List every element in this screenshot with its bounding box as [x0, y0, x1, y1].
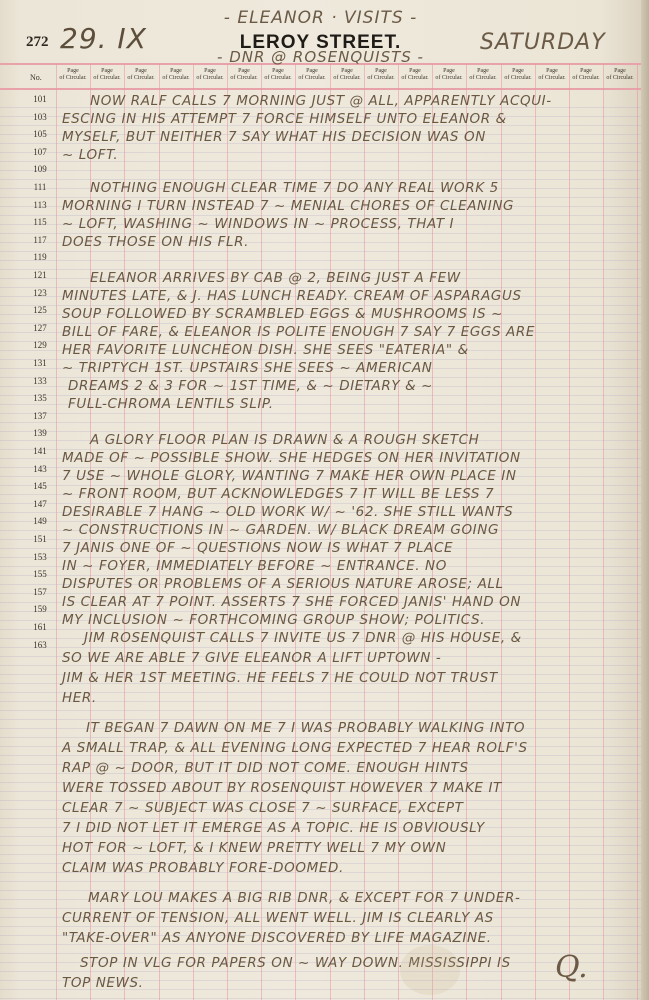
row-number: 115 [30, 217, 50, 227]
column-header-page-of-circular: Pageof Circular. [193, 68, 227, 88]
handwritten-line: DISPUTES OR PROBLEMS OF A SERIOUS NATURE… [62, 576, 504, 592]
row-number: 149 [30, 516, 50, 526]
row-number: 111 [30, 182, 50, 192]
column-header-page-of-circular: Pageof Circular. [535, 68, 569, 88]
handwritten-line: ~ CONSTRUCTIONS IN ~ GARDEN. W/ BLACK DR… [62, 522, 499, 538]
column-header-page-of-circular: Pageof Circular. [330, 68, 364, 88]
column-header-page-of-circular: Pageof Circular. [159, 68, 193, 88]
column-header-page-of-circular: Pageof Circular. [56, 68, 90, 88]
handwritten-line: MY INCLUSION ~ FORTHCOMING GROUP SHOW; P… [62, 612, 485, 628]
row-number: 133 [30, 376, 50, 386]
column-header-page-of-circular: Pageof Circular. [261, 68, 295, 88]
handwritten-line: IN ~ FOYER, IMMEDIATELY BEFORE ~ ENTRANC… [62, 558, 447, 574]
column-rule [535, 64, 536, 1000]
ledger-page: Pageof Circular.Pageof Circular.Pageof C… [0, 0, 641, 1000]
handwritten-line: CURRENT OF TENSION, ALL WENT WELL. JIM I… [62, 910, 494, 926]
handwritten-line: 7 USE ~ WHOLE GLORY, WANTING 7 MAKE HER … [62, 468, 517, 484]
handwritten-line: JIM & HER 1ST MEETING. HE FEELS 7 HE COU… [62, 670, 498, 686]
handwritten-line: SOUP FOLLOWED BY SCRAMBLED EGGS & MUSHRO… [62, 306, 503, 322]
header-rule-bottom [0, 88, 641, 90]
column-header-page-of-circular: Pageof Circular. [90, 68, 124, 88]
column-rule [569, 64, 570, 1000]
row-number: 125 [30, 305, 50, 315]
column-header-page-of-circular: Pageof Circular. [227, 68, 261, 88]
column-header-no: No. [30, 73, 42, 82]
row-number: 139 [30, 428, 50, 438]
handwritten-line: DOES THOSE ON HIS FLR. [62, 234, 249, 250]
handwritten-line: IS CLEAR AT 7 POINT. ASSERTS 7 SHE FORCE… [62, 594, 521, 610]
handwritten-line: ~ TRIPTYCH 1ST. UPSTAIRS SHE SEES ~ AMER… [62, 360, 433, 376]
signature: Q. [555, 950, 588, 985]
row-number: 151 [30, 534, 50, 544]
handwritten-line: HER FAVORITE LUNCHEON DISH. SHE SEES "EA… [62, 342, 469, 358]
paper-stain [400, 945, 460, 995]
row-number: 161 [30, 622, 50, 632]
row-number: 113 [30, 200, 50, 210]
handwritten-line: CLEAR 7 ~ SUBJECT WAS CLOSE 7 ~ SURFACE,… [62, 800, 464, 816]
row-number: 159 [30, 604, 50, 614]
handwritten-line: A GLORY FLOOR PLAN IS DRAWN & A ROUGH SK… [90, 432, 479, 448]
handwritten-line: MINUTES LATE, & J. HAS LUNCH READY. CREA… [62, 288, 522, 304]
row-number: 155 [30, 569, 50, 579]
column-header-page-of-circular: Pageof Circular. [295, 68, 329, 88]
row-number: 147 [30, 499, 50, 509]
row-number: 121 [30, 270, 50, 280]
handwritten-line: MADE OF ~ POSSIBLE SHOW. SHE HEDGES ON H… [62, 450, 521, 466]
handwritten-line: A SMALL TRAP, & ALL EVENING LONG EXPECTE… [62, 740, 528, 756]
handwritten-line: ~ FRONT ROOM, BUT ACKNOWLEDGES 7 IT WILL… [62, 486, 494, 502]
row-number: 123 [30, 288, 50, 298]
handwritten-line: ~ LOFT. [62, 147, 118, 163]
handwritten-line: NOTHING ENOUGH CLEAR TIME 7 DO ANY REAL … [90, 180, 499, 196]
handwritten-line: DREAMS 2 & 3 FOR ~ 1ST TIME, & ~ DIETARY… [68, 378, 433, 394]
row-number: 103 [30, 112, 50, 122]
row-number: 163 [30, 640, 50, 650]
column-rule [603, 64, 604, 1000]
row-number: 145 [30, 481, 50, 491]
handwritten-line: SO WE ARE ABLE 7 GIVE ELEANOR A LIFT UPT… [62, 650, 441, 666]
handwritten-line: ~ LOFT, WASHING ~ WINDOWS IN ~ PROCESS, … [62, 216, 454, 232]
handwritten-heading-above: - ELEANOR · VISITS - [0, 8, 641, 28]
row-number: 109 [30, 164, 50, 174]
column-rule [56, 64, 57, 1000]
row-number: 131 [30, 358, 50, 368]
handwritten-line: ELEANOR ARRIVES BY CAB @ 2, BEING JUST A… [90, 270, 461, 286]
row-number: 137 [30, 411, 50, 421]
row-number: 127 [30, 323, 50, 333]
row-number: 141 [30, 446, 50, 456]
handwritten-line: FULL-CHROMA LENTILS SLIP. [68, 396, 274, 412]
handwritten-line: IT BEGAN 7 DAWN ON ME 7 I WAS PROBABLY W… [86, 720, 525, 736]
column-header-page-of-circular: Pageof Circular. [569, 68, 603, 88]
column-rule [637, 64, 638, 1000]
row-number: 101 [30, 94, 50, 104]
page-edge [641, 0, 649, 1000]
handwritten-line: MARY LOU MAKES A BIG RIB DNR, & EXCEPT F… [88, 890, 520, 906]
column-header-page-of-circular: Pageof Circular. [364, 68, 398, 88]
handwritten-line: NOW RALF CALLS 7 MORNING JUST @ ALL, APP… [90, 93, 552, 109]
handwritten-line: HOT FOR ~ LOFT, & I KNEW PRETTY WELL 7 M… [62, 840, 446, 856]
row-number: 119 [30, 252, 50, 262]
handwritten-line: 7 JANIS ONE OF ~ QUESTIONS NOW IS WHAT 7… [62, 540, 453, 556]
row-number: 153 [30, 552, 50, 562]
handwritten-line: JIM ROSENQUIST CALLS 7 INVITE US 7 DNR @… [84, 630, 522, 646]
handwritten-line: WERE TOSSED ABOUT BY ROSENQUIST HOWEVER … [62, 780, 502, 796]
row-number: 107 [30, 147, 50, 157]
column-header-page-of-circular: Pageof Circular. [466, 68, 500, 88]
row-number: 105 [30, 129, 50, 139]
handwritten-line: BILL OF FARE, & ELEANOR IS POLITE ENOUGH… [62, 324, 535, 340]
handwritten-day: SATURDAY [480, 30, 606, 55]
handwritten-line: RAP @ ~ DOOR, BUT IT DID NOT COME. ENOUG… [62, 760, 469, 776]
handwritten-line: MYSELF, BUT NEITHER 7 SAY WHAT HIS DECIS… [62, 129, 486, 145]
handwritten-line: HER. [62, 690, 97, 706]
handwritten-line: MORNING I TURN INSTEAD 7 ~ MENIAL CHORES… [62, 198, 514, 214]
handwritten-line: CLAIM WAS PROBABLY FORE-DOOMED. [62, 860, 344, 876]
row-number: 117 [30, 235, 50, 245]
row-number: 129 [30, 340, 50, 350]
row-number: 157 [30, 587, 50, 597]
row-number: 143 [30, 464, 50, 474]
handwritten-line: ESCING IN HIS ATTEMPT 7 FORCE HIMSELF UN… [62, 111, 507, 127]
handwritten-line: TOP NEWS. [62, 975, 144, 991]
column-header-page-of-circular: Pageof Circular. [603, 68, 637, 88]
handwritten-line: DESIRABLE 7 HANG ~ OLD WORK W/ ~ '62. SH… [62, 504, 513, 520]
handwritten-line: "TAKE-OVER" AS ANYONE DISCOVERED BY LIFE… [62, 930, 492, 946]
row-number: 135 [30, 393, 50, 403]
column-header-page-of-circular: Pageof Circular. [124, 68, 158, 88]
handwritten-line: 7 I DID NOT LET IT EMERGE AS A TOPIC. HE… [62, 820, 485, 836]
column-header-page-of-circular: Pageof Circular. [432, 68, 466, 88]
column-header-page-of-circular: Pageof Circular. [501, 68, 535, 88]
column-header-page-of-circular: Pageof Circular. [398, 68, 432, 88]
